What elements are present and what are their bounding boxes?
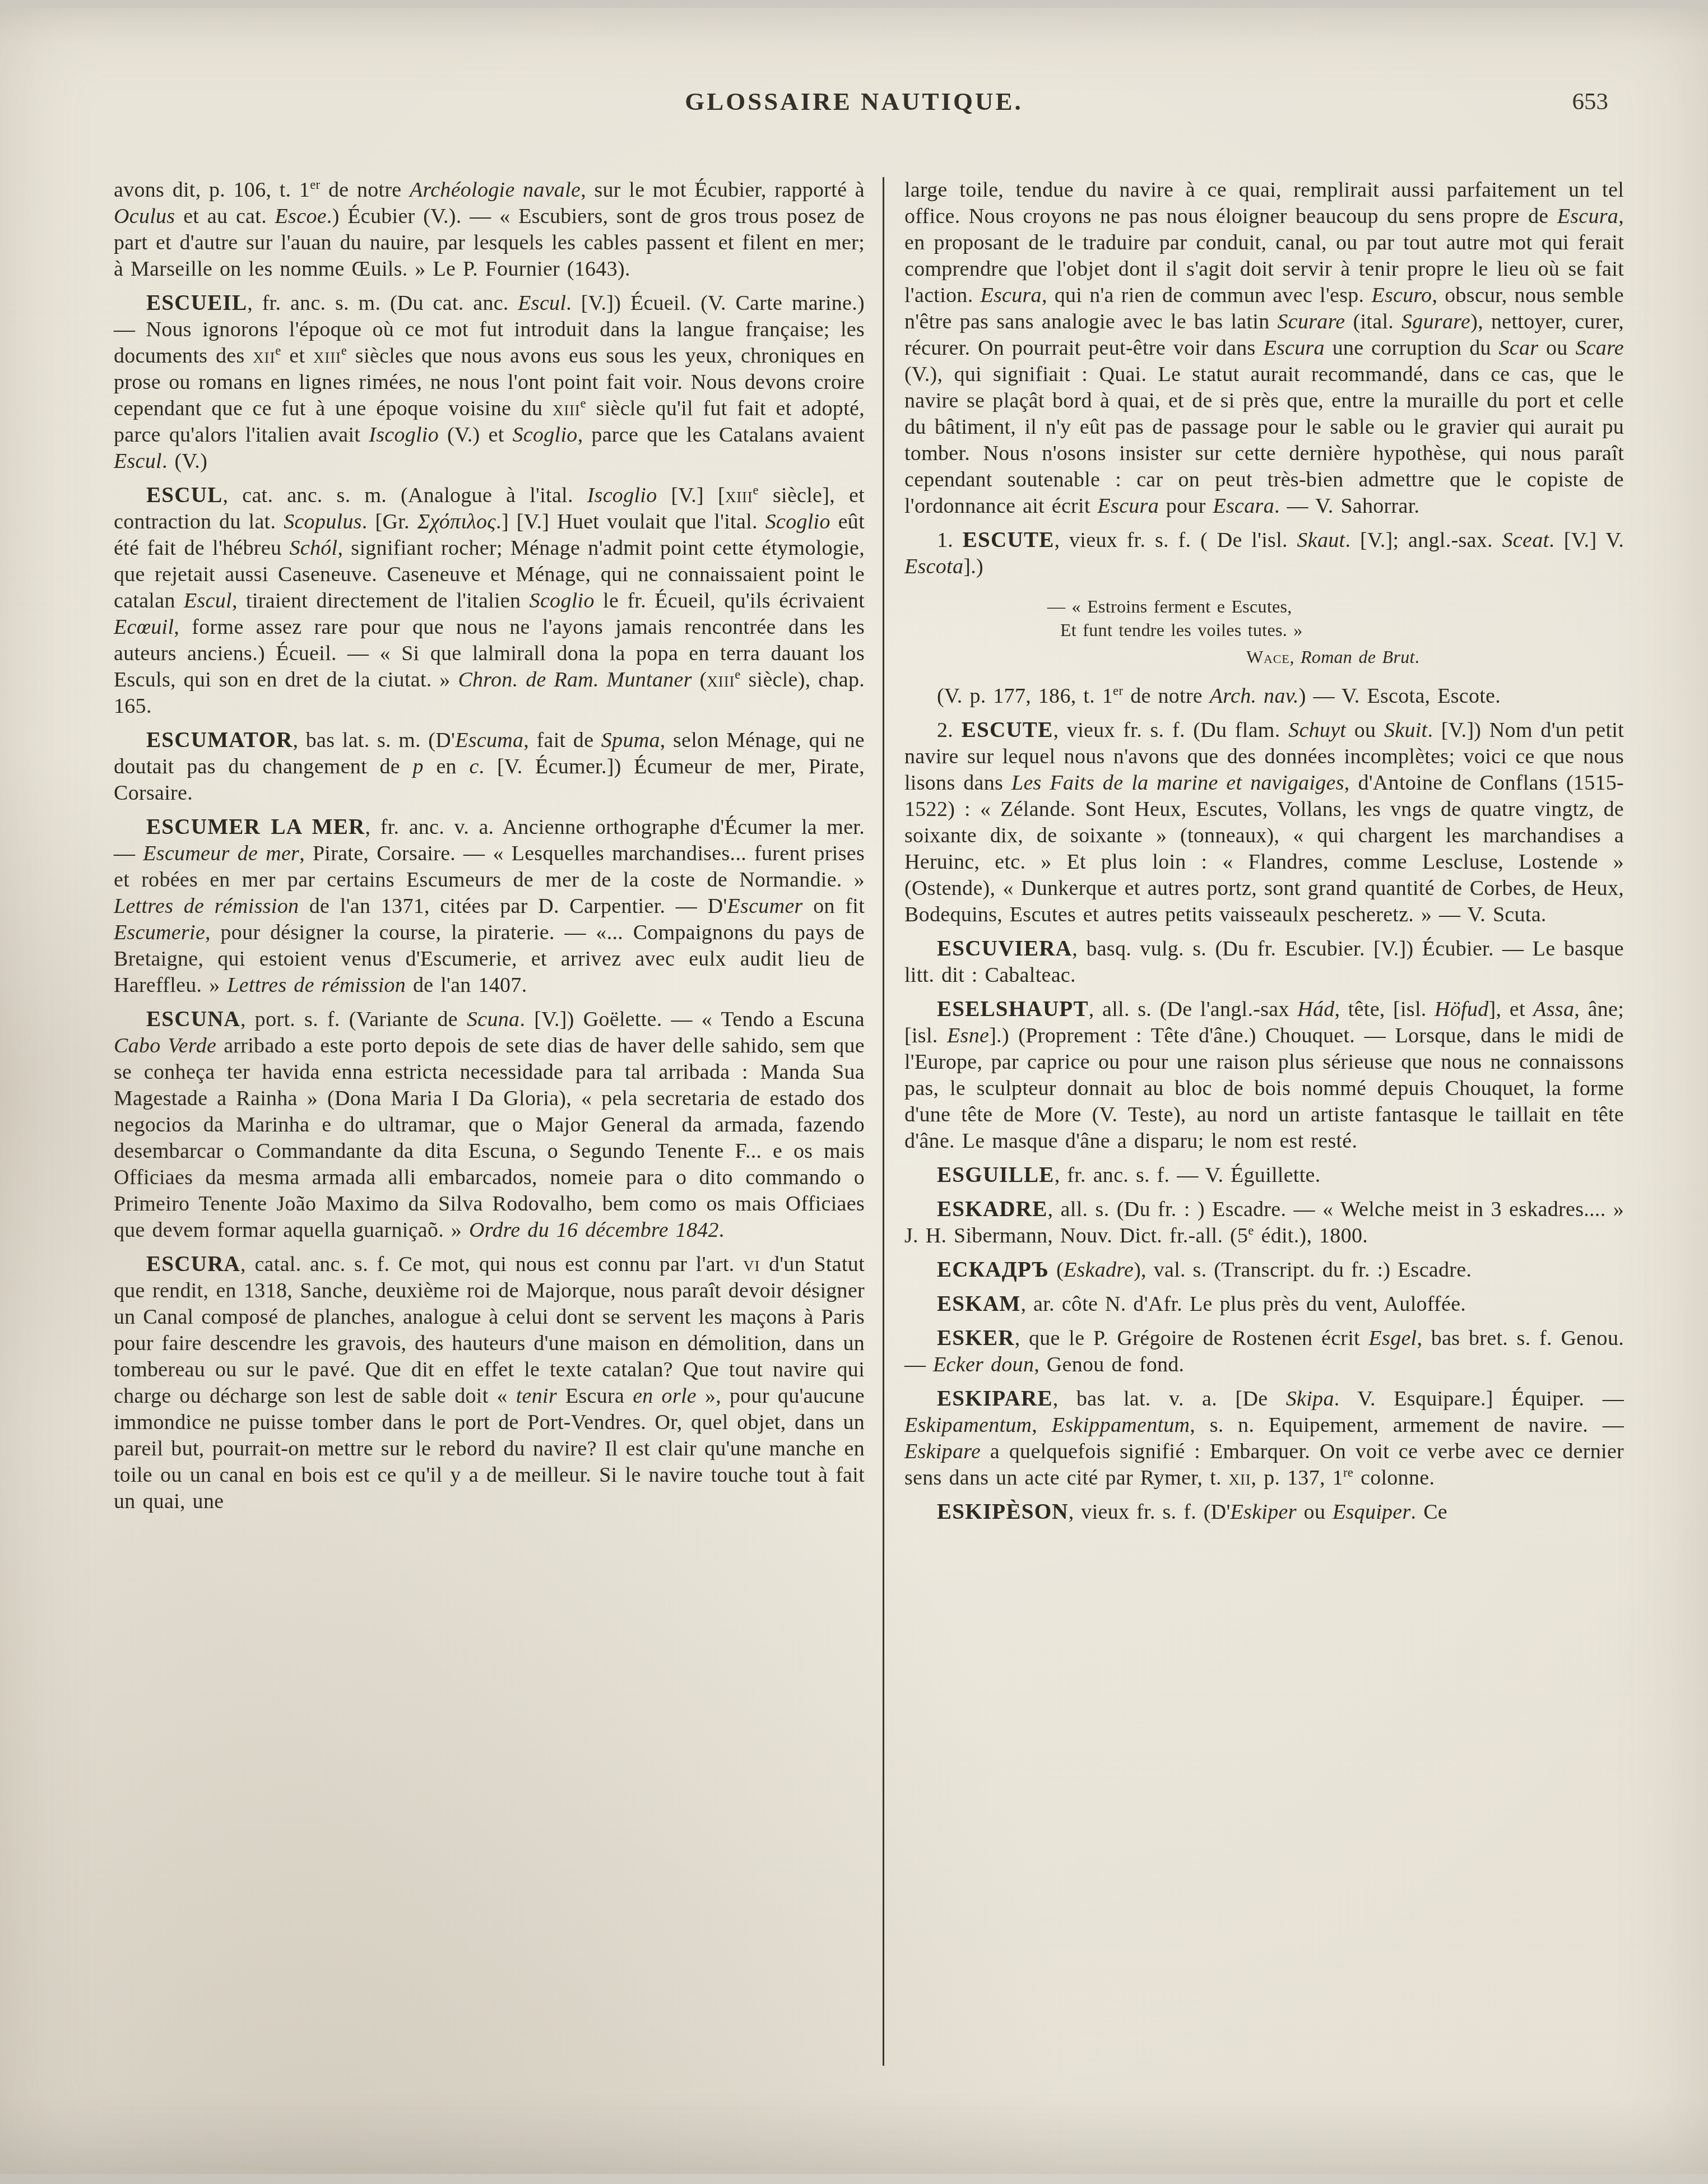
entry-escul: ESCUL, cat. anc. s. m. (Analogue à l'ita… (114, 482, 865, 720)
column-left: avons dit, p. 106, t. 1er de notre Arché… (114, 177, 883, 2066)
entry-eskipare: ESKIPARE, bas lat. v. a. [De Skipa. V. E… (904, 1385, 1624, 1491)
entry-escueil: ESCUEIL, fr. anc. s. m. (Du cat. anc. Es… (114, 290, 865, 475)
page-title: GLOSSAIRE NAUTIQUE. (0, 89, 1708, 115)
scan-edge-bottom (0, 2174, 1708, 2184)
escute-quote-attribution: Wace, Roman de Brut. (1246, 645, 1624, 669)
entry-eckadr: ЕСКАДРЪ (Eskadre), val. s. (Transcript. … (904, 1256, 1624, 1283)
entry-escute-1: 1. ESCUTE, vieux fr. s. f. ( De l'isl. S… (904, 527, 1624, 580)
escute-quote-line-2: Et funt tendre les voiles tutes. » (1060, 618, 1624, 642)
continuation-escura: large toile, tendue du navire à ce quai,… (904, 177, 1624, 520)
entry-eskam: ESKAM, ar. côte N. d'Afr. Le plus près d… (904, 1291, 1624, 1318)
page-number: 653 (1572, 89, 1609, 115)
entry-escuna: ESCUNA, port. s. f. (Variante de Scuna. … (114, 1006, 865, 1244)
entry-escumator: ESCUMATOR, bas lat. s. m. (D'Escuma, fai… (114, 727, 865, 806)
book-page: GLOSSAIRE NAUTIQUE. 653 avons dit, p. 10… (0, 0, 1708, 2184)
entry-escura: ESCURA, catal. anc. s. f. Ce mot, qui no… (114, 1251, 865, 1515)
escute-quote-line-1: — « Estroins ferment e Escutes, (1047, 595, 1624, 618)
entry-escumer-la-mer: ESCUMER LA MER, fr. anc. v. a. Ancienne … (114, 814, 865, 999)
entry-eselshaupt: ESELSHAUPT, all. s. (De l'angl.-sax Hád,… (904, 996, 1624, 1154)
escute-1-reference: (V. p. 177, 186, t. 1er de notre Arch. n… (904, 683, 1624, 710)
entry-esguille: ESGUILLE, fr. anc. s. f. — V. Éguillette… (904, 1162, 1624, 1189)
page-header: GLOSSAIRE NAUTIQUE. 653 (0, 0, 1708, 150)
text-columns: avons dit, p. 106, t. 1er de notre Arché… (114, 177, 1624, 2066)
entry-escuviera: ESCUVIERA, basq. vulg. s. (Du fr. Escubi… (904, 935, 1624, 989)
column-right: large toile, tendue du navire à ce quai,… (884, 177, 1624, 2066)
entry-escute-2: 2. ESCUTE, vieux fr. s. f. (Du flam. Sch… (904, 717, 1624, 928)
entry-eskipeson: ESKIPÈSON, vieux fr. s. f. (D'Eskiper ou… (904, 1499, 1624, 1525)
entry-eskadre: ESKADRE, all. s. (Du fr. : ) Escadre. — … (904, 1196, 1624, 1249)
entry-esker: ESKER, que le P. Grégoire de Rostenen éc… (904, 1325, 1624, 1378)
continuation-ecubier: avons dit, p. 106, t. 1er de notre Arché… (114, 177, 865, 282)
